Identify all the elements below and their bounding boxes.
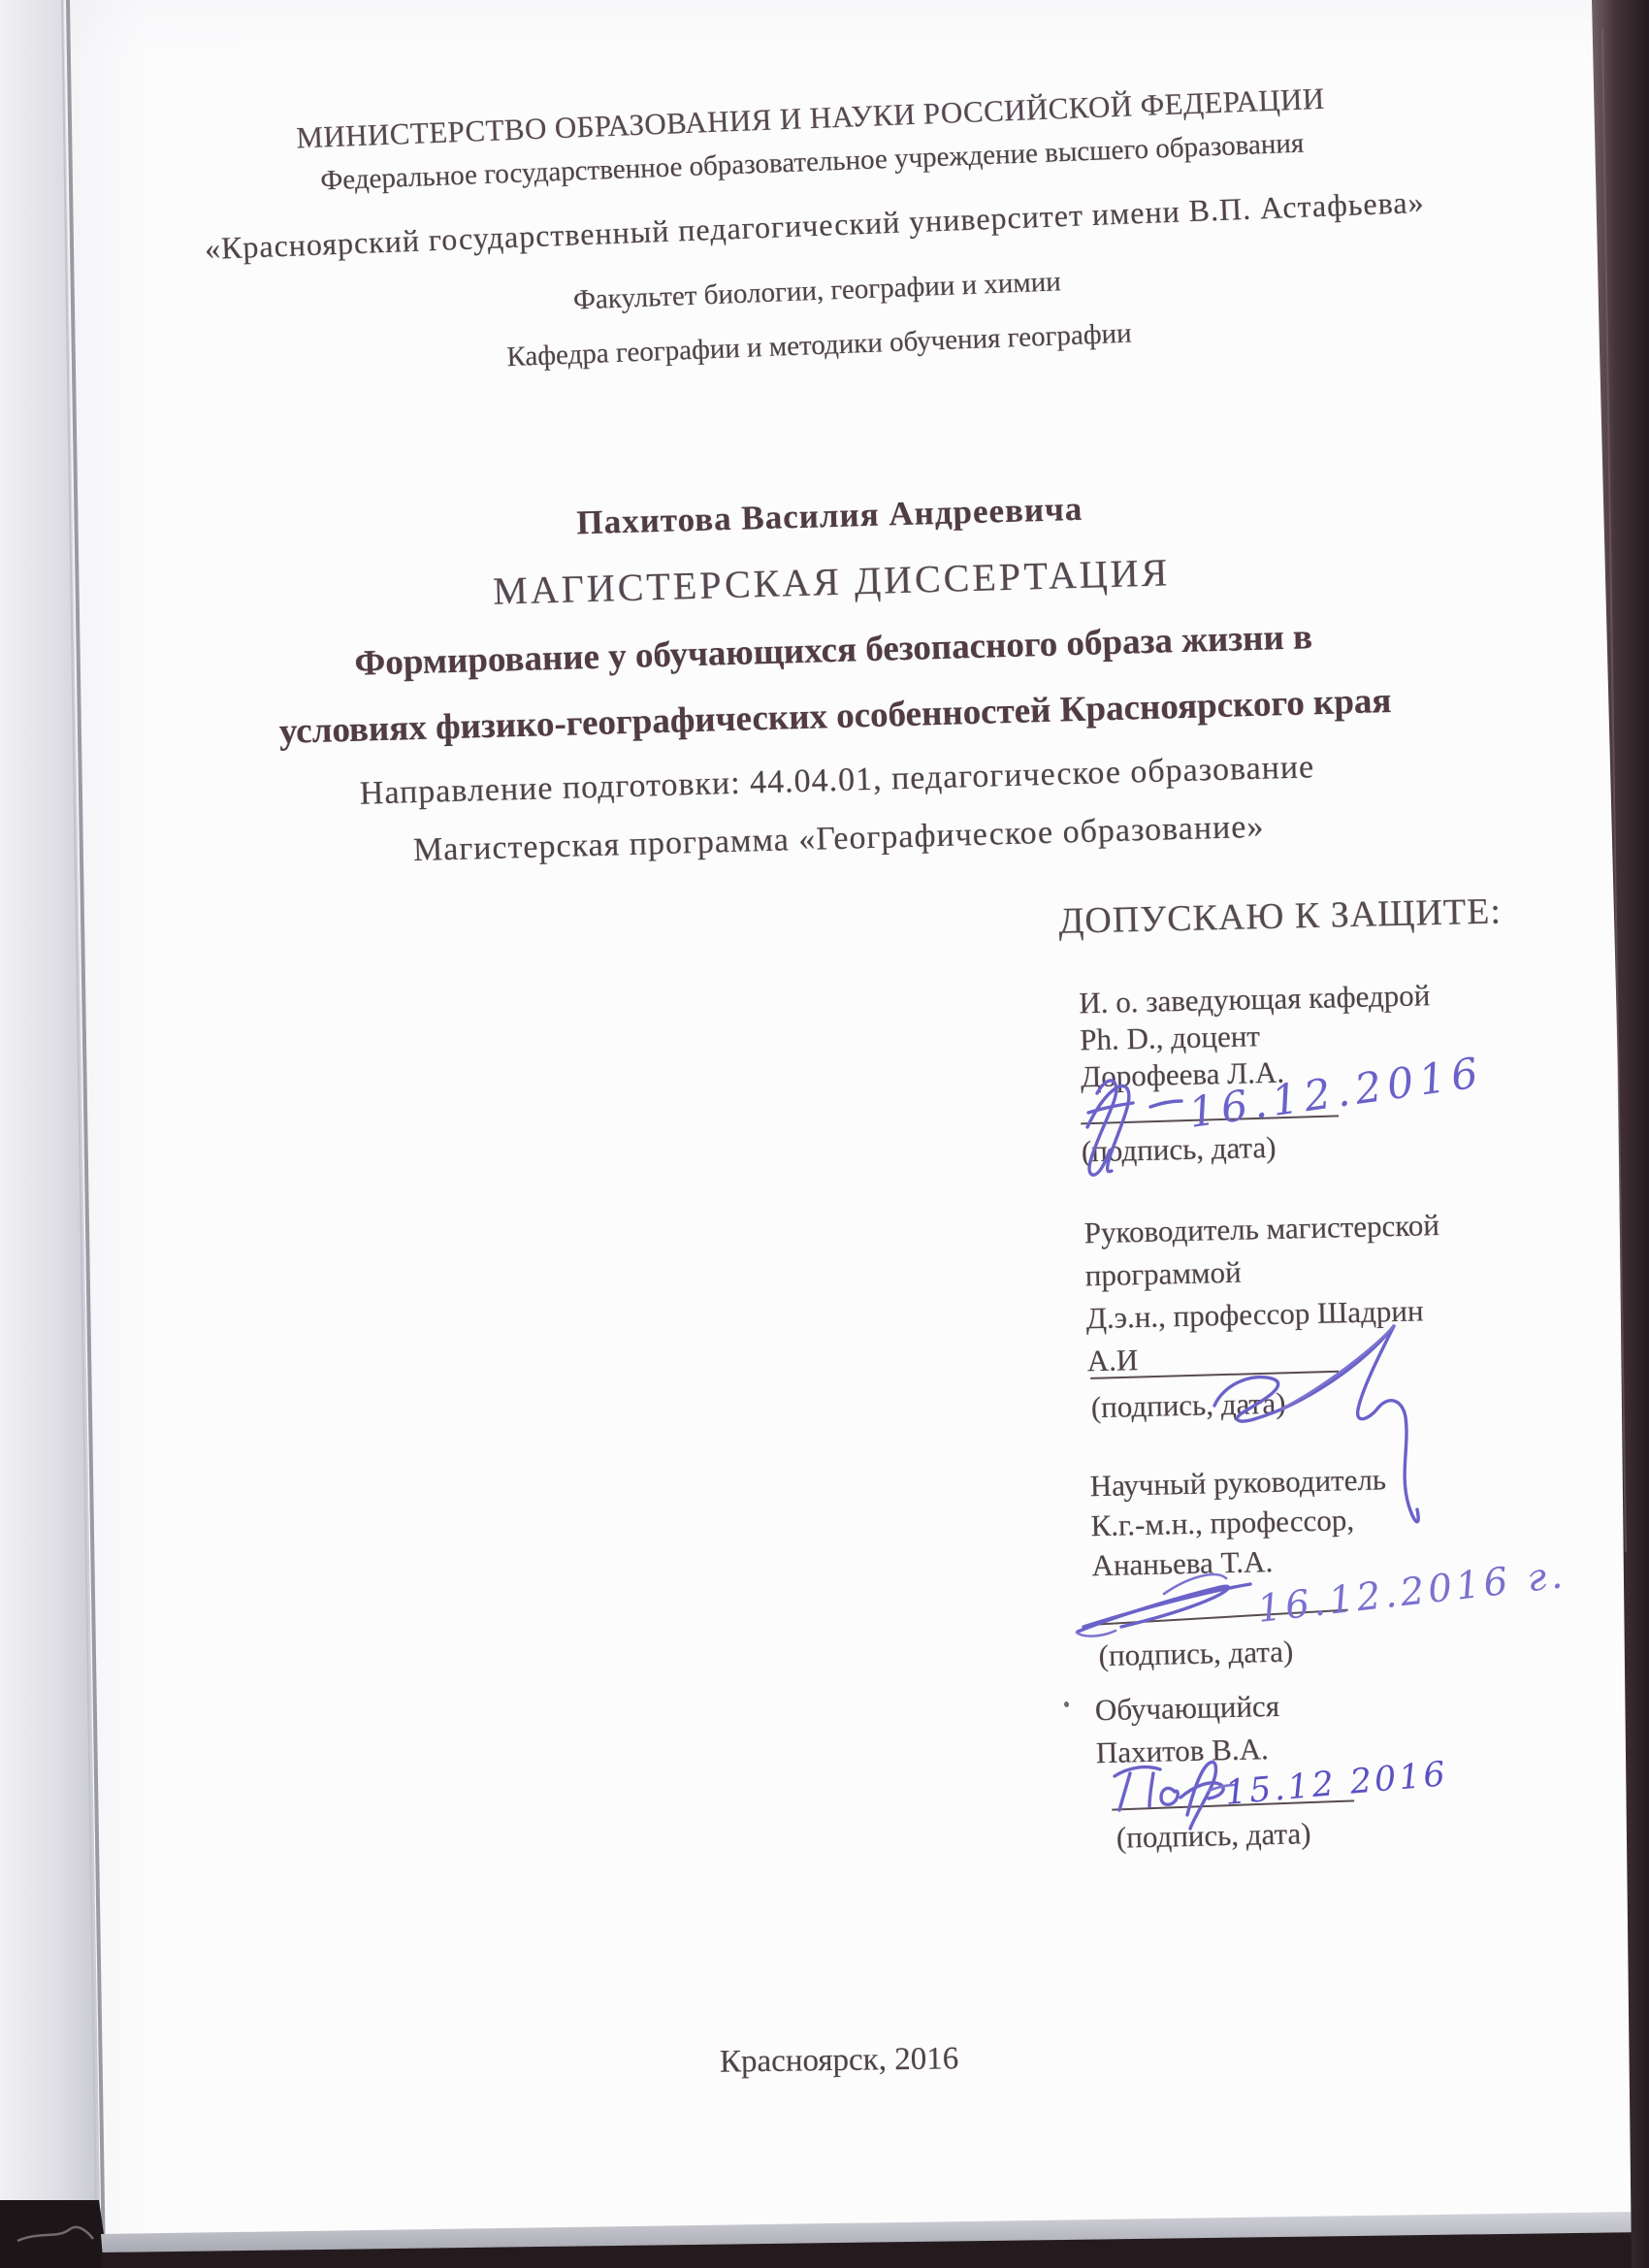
- role-line: Обучающийся: [1094, 1685, 1279, 1732]
- signature-caption: (подпись, дата): [1116, 1816, 1311, 1856]
- signature-caption: (подпись, дата): [1090, 1386, 1285, 1426]
- title-block: Пахитова Василия Андреевича МАГИСТЕРСКАЯ…: [121, 477, 1547, 878]
- role-line: К.г.-м.н., профессор,: [1090, 1499, 1387, 1545]
- role-line: Пахитов В.А.: [1095, 1728, 1280, 1774]
- thesis-title-line-2: условиях физико-географических особеннос…: [127, 676, 1544, 758]
- footer: Красноярск, 2016: [720, 2041, 959, 2080]
- signature-caption: (подпись, дата): [1098, 1635, 1293, 1674]
- thesis-title-line-1: Формирование у обучающихся безопасного о…: [125, 610, 1542, 692]
- signature-caption: (подпись, дата): [1081, 1130, 1276, 1170]
- header-block: МИНИСТЕРСТВО ОБРАЗОВАНИЯ И НАУКИ РОССИЙС…: [112, 74, 1517, 388]
- city-year: Красноярск, 2016: [720, 2041, 959, 2080]
- role-line: Научный руководитель: [1089, 1459, 1386, 1506]
- thesis-type: МАГИСТЕРСКАЯ ДИССЕРТАЦИЯ: [123, 539, 1540, 625]
- scanned-thesis-title-page: МИНИСТЕРСТВО ОБРАЗОВАНИЯ И НАУКИ РОССИЙС…: [0, 0, 1649, 2268]
- role-line: Руководитель магистерской: [1083, 1204, 1439, 1254]
- approval-block-program-supervisor: Руководитель магистерской программой Д.э…: [1083, 1204, 1442, 1382]
- role-line: Д.э.н., профессор Шадрин: [1085, 1289, 1441, 1340]
- role-line: Ананьева Т.А.: [1091, 1539, 1388, 1585]
- approval-block-head-of-department: И. о. заведующая кафедрой Ph. D., доцент…: [1079, 977, 1432, 1095]
- approval-block-scientific-advisor: Научный руководитель К.г.-м.н., профессо…: [1089, 1459, 1388, 1585]
- approval-block-student: Обучающийся Пахитов В.А.: [1094, 1685, 1280, 1774]
